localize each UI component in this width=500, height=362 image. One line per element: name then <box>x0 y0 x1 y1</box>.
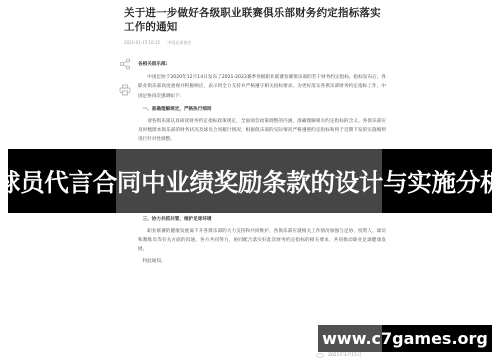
closing-line: 特此通知。 <box>138 257 386 266</box>
section-heading: 一、准确理解规定，严格执行细则 <box>138 105 386 114</box>
seal-icon <box>316 353 324 358</box>
document-footer: 2021年1月15日 <box>316 352 362 358</box>
publish-datetime: 2021-01-15 10:15 <box>124 40 160 45</box>
headline-text: 球员代言合同中业绩奖励条款的设计与实施分析 <box>8 149 492 213</box>
footer-date: 2021年1月15日 <box>328 352 362 358</box>
section-paragraph: 职业联赛的健康发展离不开各俱乐部的大力支持和共同维护。各俱乐部应就相关工作情况加… <box>138 227 386 255</box>
watermark-text: www.c7games.org <box>318 325 492 352</box>
publisher-name[interactable]: 中国足球协会 <box>167 40 191 45</box>
watermark-banner: www.c7games.org <box>318 325 492 352</box>
section-heading: 三、协力共抓共管，维护足球环境 <box>138 215 386 224</box>
side-toolbar <box>119 58 135 110</box>
print-icon[interactable] <box>119 84 131 96</box>
share-icon[interactable] <box>119 58 131 70</box>
intro-paragraph: 中国足协于2020年12月14日发布了2021-2023赛季各级职业联赛参赛俱乐… <box>138 73 386 101</box>
document-title: 关于进一步做好各级职业联赛俱乐部财务约定指标落实工作的通知 <box>124 6 386 34</box>
headline-banner: 球员代言合同中业绩奖励条款的设计与实施分析 <box>8 149 492 213</box>
section-paragraph: 请各俱乐部认真研读财务约定指标政策规定，全面领会政策调整的内涵，准确理解相关约定… <box>138 117 386 145</box>
document-meta: 2021-01-15 10:15 中国足球协会 <box>124 40 197 46</box>
salutation: 各相关俱乐部: <box>138 60 386 69</box>
